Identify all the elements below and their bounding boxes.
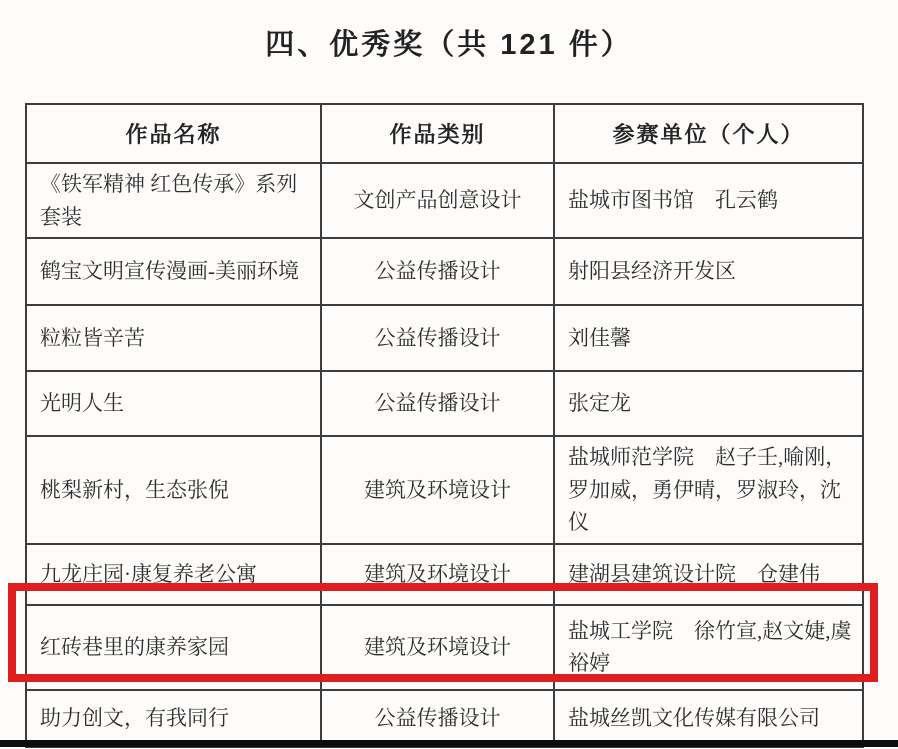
- work-name-cell: 鹤宝文明宣传漫画-美丽环境: [26, 238, 321, 305]
- work-name-cell: 光明人生: [26, 371, 321, 436]
- work-name-cell: 桃梨新村，生态张倪: [26, 436, 321, 544]
- work-name-cell: 九龙庄园·康复养老公寓: [26, 544, 321, 605]
- work-name-cell: 《铁军精神 红色传承》系列套装: [26, 163, 321, 238]
- unit-cell: 盐城丝凯文化传媒有限公司: [554, 690, 863, 747]
- table-header-row: 作品名称 作品类别 参赛单位（个人）: [26, 104, 863, 163]
- category-cell: 建筑及环境设计: [321, 544, 554, 605]
- work-name-cell: 粒粒皆辛苦: [26, 305, 321, 371]
- page-title: 四、优秀奖（共 121 件）: [0, 22, 898, 63]
- header-work-category: 作品类别: [321, 104, 554, 163]
- table-row: 助力创文，有我同行 公益传播设计 盐城丝凯文化传媒有限公司: [26, 690, 863, 747]
- unit-cell: 建湖县建筑设计院 仓建伟: [554, 544, 863, 605]
- header-work-name: 作品名称: [26, 104, 321, 163]
- table-row: 九龙庄园·康复养老公寓 建筑及环境设计 建湖县建筑设计院 仓建伟: [26, 544, 863, 605]
- header-unit: 参赛单位（个人）: [554, 104, 863, 163]
- category-cell: 建筑及环境设计: [321, 436, 554, 544]
- bottom-edge-bar: [0, 740, 898, 747]
- work-name-cell: 助力创文，有我同行: [26, 690, 321, 747]
- category-cell: 公益传播设计: [321, 238, 554, 305]
- category-cell: 建筑及环境设计: [321, 605, 554, 690]
- unit-cell: 射阳县经济开发区: [554, 238, 863, 305]
- work-name-cell: 红砖巷里的康养家园: [26, 605, 321, 690]
- unit-cell: 张定龙: [554, 371, 863, 436]
- category-cell: 公益传播设计: [321, 690, 554, 747]
- category-cell: 文创产品创意设计: [321, 163, 554, 238]
- unit-cell: 盐城师范学院 赵子壬,喻刚，罗加威，勇伊晴，罗淑玲，沈仪: [554, 436, 863, 544]
- table-row: 光明人生 公益传播设计 张定龙: [26, 371, 863, 436]
- category-cell: 公益传播设计: [321, 371, 554, 436]
- table-row: 《铁军精神 红色传承》系列套装 文创产品创意设计 盐城市图书馆 孔云鹤: [26, 163, 863, 238]
- unit-cell: 盐城市图书馆 孔云鹤: [554, 163, 863, 238]
- table-row: 鹤宝文明宣传漫画-美丽环境 公益传播设计 射阳县经济开发区: [26, 238, 863, 305]
- category-cell: 公益传播设计: [321, 305, 554, 371]
- unit-cell: 盐城工学院 徐竹宣,赵文婕,虞裕婷: [554, 605, 863, 690]
- table-row: 粒粒皆辛苦 公益传播设计 刘佳馨: [26, 305, 863, 371]
- table-row: 桃梨新村，生态张倪 建筑及环境设计 盐城师范学院 赵子壬,喻刚，罗加威，勇伊晴，…: [26, 436, 863, 544]
- unit-cell: 刘佳馨: [554, 305, 863, 371]
- table-row-highlighted: 红砖巷里的康养家园 建筑及环境设计 盐城工学院 徐竹宣,赵文婕,虞裕婷: [26, 605, 863, 690]
- awards-table: 作品名称 作品类别 参赛单位（个人） 《铁军精神 红色传承》系列套装 文创产品创…: [25, 103, 864, 748]
